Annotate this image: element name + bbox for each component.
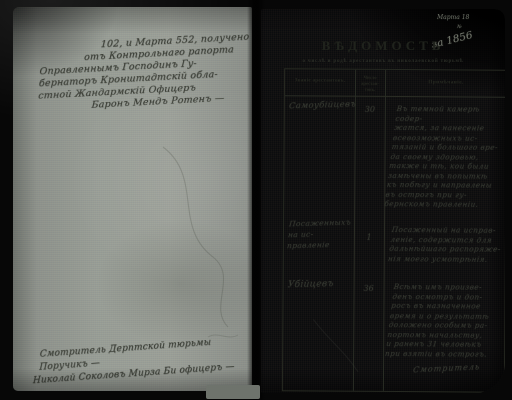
table-row-label: Самоубійцевъ — [288, 100, 353, 113]
document-subtitle: о числѣ и родѣ арестантовъ въ николаевск… — [261, 59, 505, 64]
remark-line: бернскомъ правленіи. — [384, 199, 497, 209]
column-header-count-line: товъ. — [355, 87, 385, 93]
remark-line: доложено особымъ ра- — [388, 320, 501, 330]
table-row-remark: Въ темной камерѣ содер-жатся, за нанесен… — [384, 104, 505, 209]
remark-line: и раненъ 31 человѣкъ — [386, 339, 499, 349]
column-header-remark: Примѣчаніе. — [387, 79, 505, 86]
remark-line: жатся, за нанесеніе — [394, 123, 505, 133]
remark-line: Въ темной камерѣ содер- — [395, 104, 505, 124]
right-page-content: Марта 18 № за 1856 ВѢДОМОСТЬ о числѣ и р… — [261, 9, 505, 393]
label-line: Посаженныхъ на ис- — [287, 217, 353, 241]
left-page-header-note: 102, и Марта 552, получено отъ Контрольн… — [35, 31, 250, 114]
remark-line: тязаній и большого вре- — [391, 142, 504, 152]
corner-date-note: Марта 18 — [437, 14, 469, 21]
clerk-signature: Смотритель — [412, 361, 503, 374]
column-header-count-line: Число арестан- — [355, 75, 385, 87]
column-header-count: Число арестан- товъ. — [355, 75, 385, 93]
left-page-signatures: Смотритель Дерптской тюрьмы Поручикъ — Н… — [39, 333, 252, 388]
label-line: Убійцевъ — [287, 279, 352, 292]
table-row-count: 1 — [354, 233, 384, 242]
table-row-remark: Посаженный на исправ-леніе, содержится д… — [387, 225, 504, 264]
remark-line: Всѣмъ имъ произве- — [393, 282, 505, 292]
remark-line: къ побѣгу и направлены — [386, 180, 499, 190]
label-line: правленіе — [286, 239, 351, 252]
table-row-label: Посаженныхъ на ис-правленіе — [286, 217, 353, 252]
remark-line: при взятіи въ острогъ. — [384, 348, 497, 358]
table-row-count: 36 — [354, 284, 384, 293]
right-page: Марта 18 № за 1856 ВѢДОМОСТЬ о числѣ и р… — [261, 9, 505, 393]
label-line: Самоубійцевъ — [288, 100, 353, 113]
paper-edge-tab — [206, 385, 260, 399]
document-title: ВѢДОМОСТЬ — [261, 38, 505, 54]
table-header-divider — [285, 95, 505, 98]
table-row-label: Убійцевъ — [287, 279, 352, 292]
prisoner-register-table: Званіе арестантовъ. Число арестан- товъ.… — [282, 68, 505, 393]
left-page: 102, и Марта 552, получено отъ Контрольн… — [13, 7, 252, 391]
table-row-remark: Всѣмъ имъ произве-денъ осмотръ и доп-рос… — [384, 282, 505, 359]
table-column-divider — [353, 70, 357, 391]
remark-line: Посаженный на исправ- — [391, 225, 504, 235]
corner-number-mark: № — [457, 24, 462, 30]
remark-line: дальнѣйшаго распоряже- — [389, 244, 502, 254]
scanned-document-photo: 102, и Марта 552, получено отъ Контрольн… — [0, 0, 512, 400]
remark-line: росъ въ назначенное — [391, 301, 504, 311]
table-row-count: 30 — [355, 105, 385, 114]
remark-line: также и тѣ, кои были — [389, 161, 502, 171]
remark-line: нія моего усмотрѣнія. — [387, 253, 500, 263]
column-header-rank: Званіе арестантовъ. — [287, 78, 353, 83]
